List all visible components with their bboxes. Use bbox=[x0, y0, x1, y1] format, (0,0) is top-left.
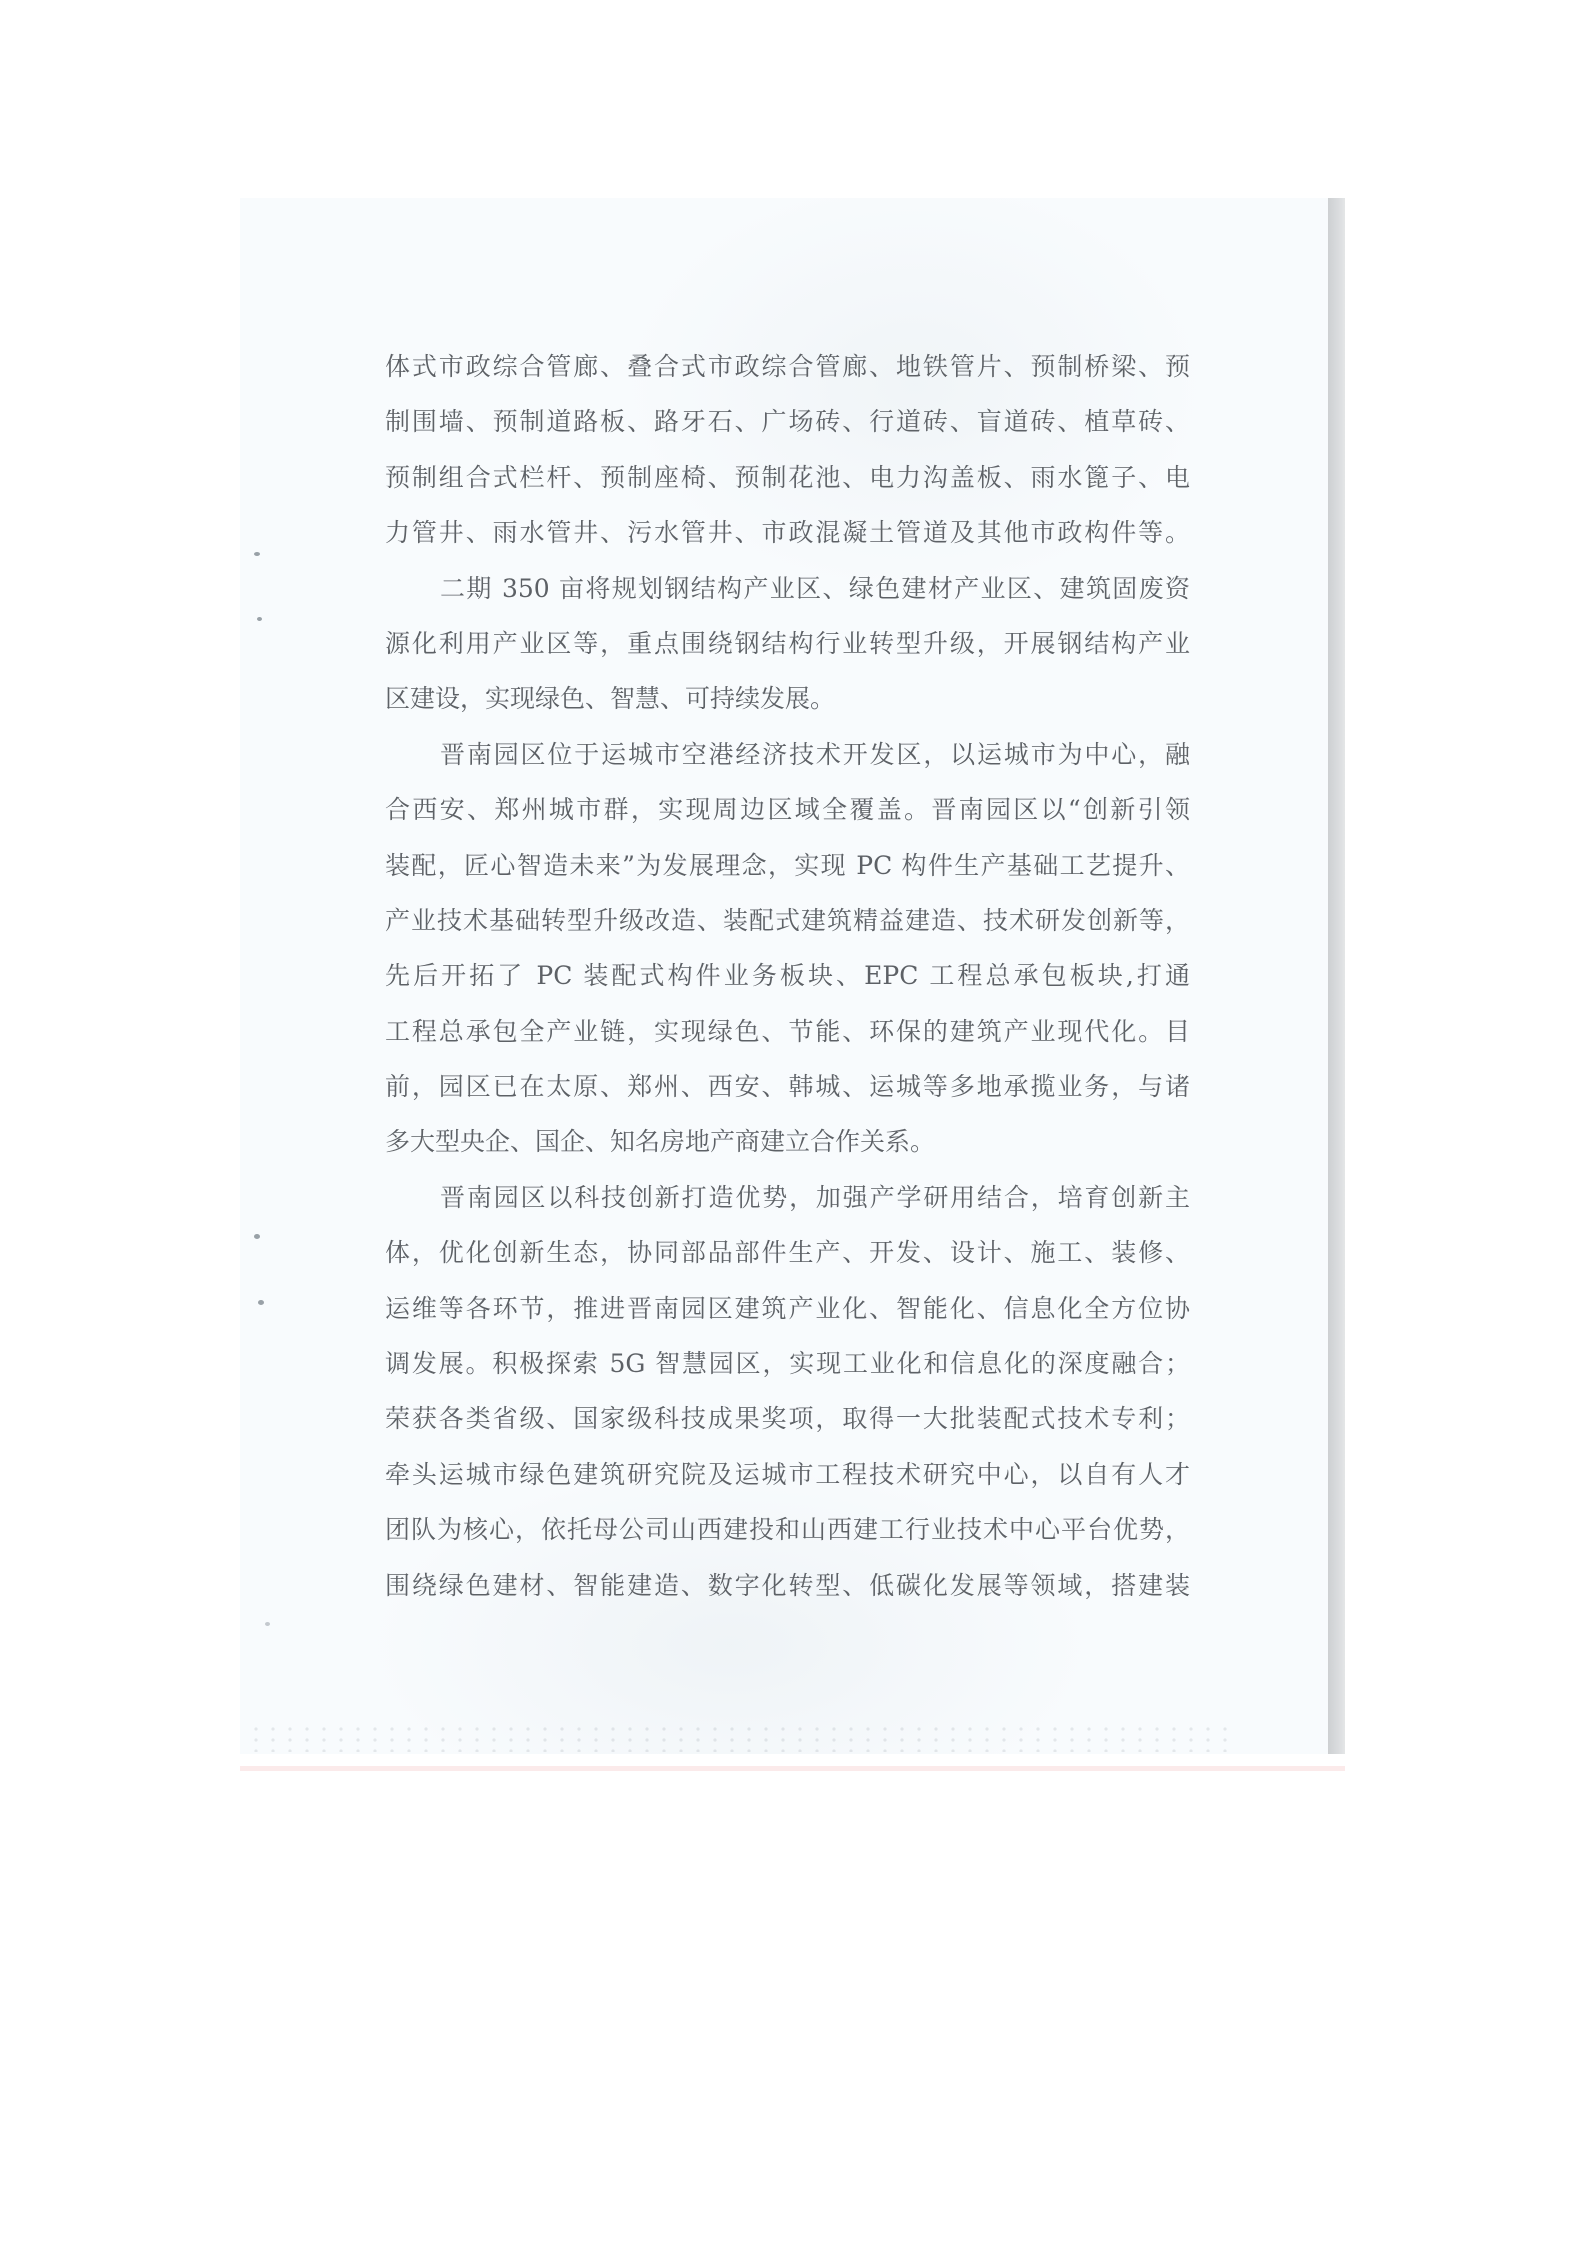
text-line: 合西安、郑州城市群，实现周边区域全覆盖。晋南园区以“创新引领 bbox=[385, 782, 1190, 837]
text-line: 团队为核心，依托母公司山西建投和山西建工行业技术中心平台优势， bbox=[385, 1502, 1190, 1557]
scan-speck bbox=[254, 552, 260, 556]
scan-speck bbox=[258, 1300, 264, 1305]
scan-speck bbox=[265, 1622, 270, 1626]
text-line: 二期 350 亩将规划钢结构产业区、绿色建材产业区、建筑固废资 bbox=[385, 561, 1190, 616]
text-line: 体式市政综合管廊、叠合式市政综合管廊、地铁管片、预制桥梁、预 bbox=[385, 339, 1190, 394]
text-line: 力管井、雨水管井、污水管井、市政混凝土管道及其他市政构件等。 bbox=[385, 505, 1190, 560]
text-line: 制围墙、预制道路板、路牙石、广场砖、行道砖、盲道砖、植草砖、 bbox=[385, 394, 1190, 449]
text-line: 先后开拓了 PC 装配式构件业务板块、EPC 工程总承包板块,打通 REMPC bbox=[385, 948, 1190, 1003]
scan-speck bbox=[257, 617, 262, 621]
scan-speck bbox=[254, 1234, 260, 1239]
page-edge-shadow bbox=[1328, 198, 1345, 1754]
scan-artifact-line bbox=[240, 1766, 1345, 1771]
text-line: 前，园区已在太原、郑州、西安、韩城、运城等多地承揽业务，与诸 bbox=[385, 1059, 1190, 1114]
text-line: 区建设，实现绿色、智慧、可持续发展。 bbox=[385, 671, 1190, 726]
text-line: 运维等各环节，推进晋南园区建筑产业化、智能化、信息化全方位协 bbox=[385, 1281, 1190, 1336]
text-line: 晋南园区位于运城市空港经济技术开发区，以运城市为中心，融 bbox=[385, 727, 1190, 782]
text-line: 产业技术基础转型升级改造、装配式建筑精益建造、技术研发创新等， bbox=[385, 893, 1190, 948]
scan-noise-band bbox=[252, 1724, 1232, 1752]
text-line: 围绕绿色建材、智能建造、数字化转型、低碳化发展等领域，搭建装 bbox=[385, 1558, 1190, 1613]
text-line: 装配，匠心智造未来”为发展理念，实现 PC 构件生产基础工艺提升、 bbox=[385, 838, 1190, 893]
text-line: 晋南园区以科技创新打造优势，加强产学研用结合，培育创新主 bbox=[385, 1170, 1190, 1225]
text-line: 工程总承包全产业链，实现绿色、节能、环保的建筑产业现代化。目 bbox=[385, 1004, 1190, 1059]
text-line: 荣获各类省级、国家级科技成果奖项，取得一大批装配式技术专利； bbox=[385, 1391, 1190, 1446]
scan-canvas: 体式市政综合管廊、叠合式市政综合管廊、地铁管片、预制桥梁、预制围墙、预制道路板、… bbox=[0, 0, 1587, 2245]
text-line: 调发展。积极探索 5G 智慧园区，实现工业化和信息化的深度融合； bbox=[385, 1336, 1190, 1391]
text-line: 多大型央企、国企、知名房地产商建立合作关系。 bbox=[385, 1114, 1190, 1169]
text-line: 源化利用产业区等，重点围绕钢结构行业转型升级，开展钢结构产业 bbox=[385, 616, 1190, 671]
text-line: 体，优化创新生态，协同部品部件生产、开发、设计、施工、装修、 bbox=[385, 1225, 1190, 1280]
body-text: 体式市政综合管廊、叠合式市政综合管廊、地铁管片、预制桥梁、预制围墙、预制道路板、… bbox=[385, 339, 1190, 1613]
text-line: 牵头运城市绿色建筑研究院及运城市工程技术研究中心，以自有人才 bbox=[385, 1447, 1190, 1502]
document-page: 体式市政综合管廊、叠合式市政综合管廊、地铁管片、预制桥梁、预制围墙、预制道路板、… bbox=[240, 198, 1328, 1754]
text-line: 预制组合式栏杆、预制座椅、预制花池、电力沟盖板、雨水篦子、电 bbox=[385, 450, 1190, 505]
